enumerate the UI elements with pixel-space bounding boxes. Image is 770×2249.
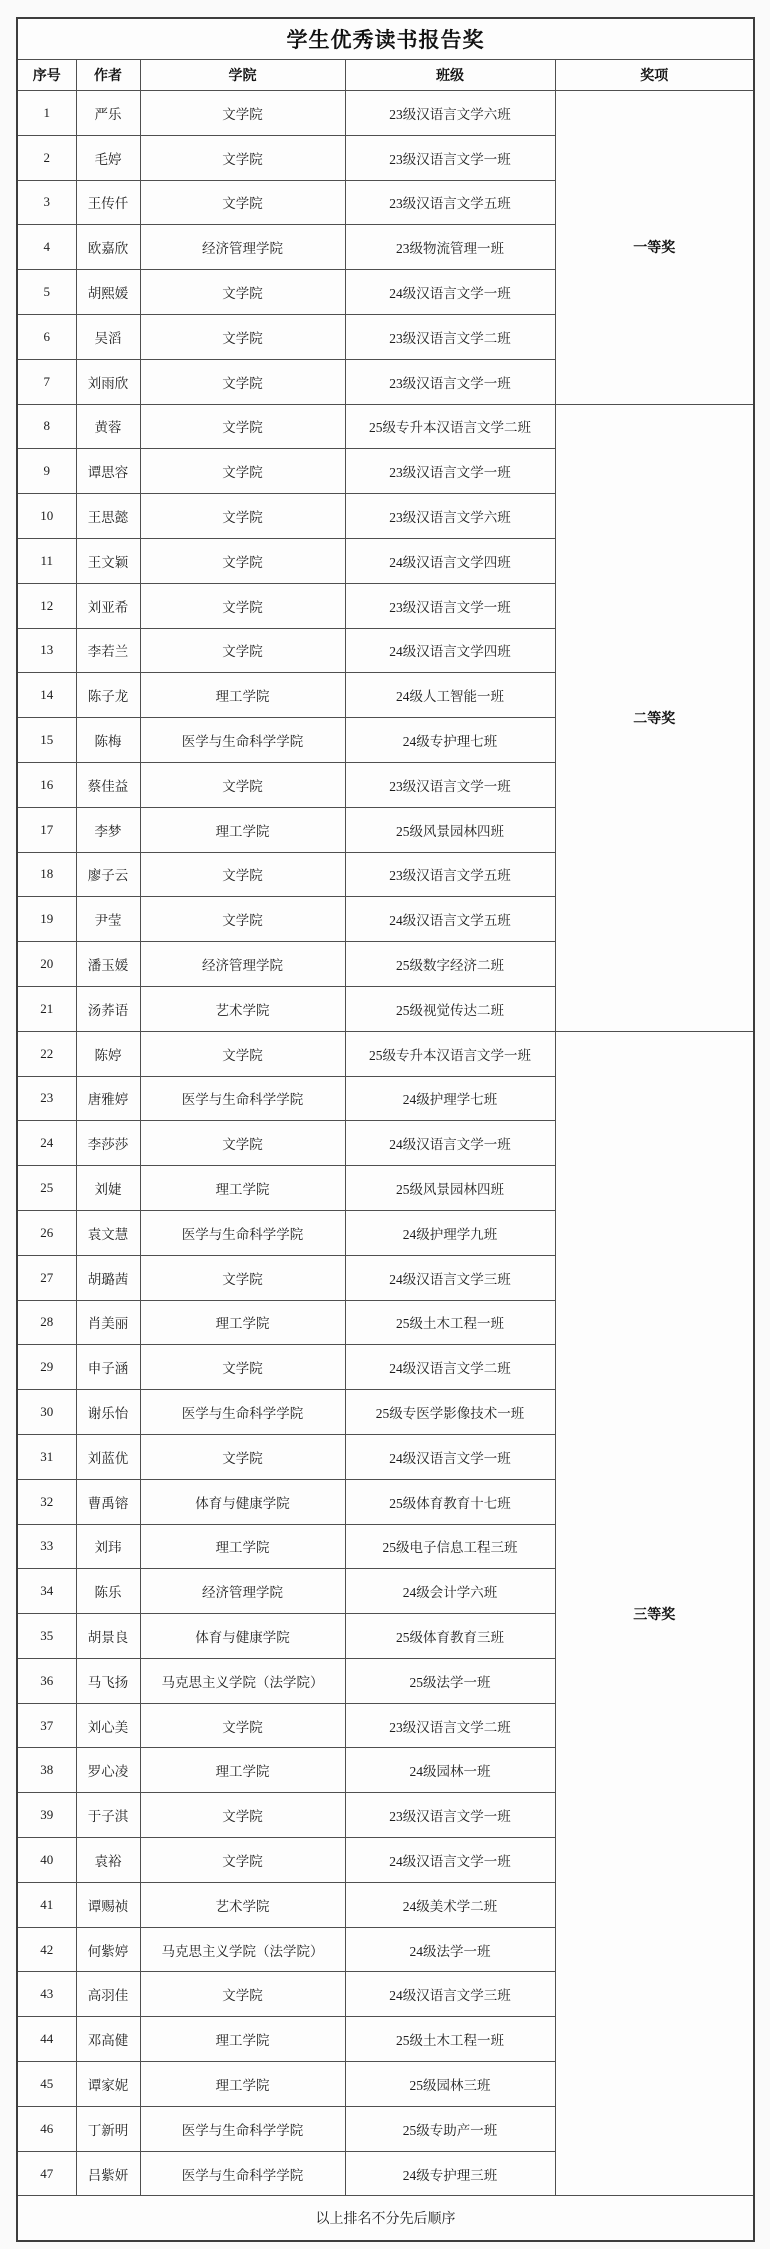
college-cell: 理工学院 xyxy=(140,1524,345,1569)
college-cell: 经济管理学院 xyxy=(140,225,345,270)
class-cell: 25级风景园林四班 xyxy=(345,807,555,852)
class-cell: 24级汉语言文学四班 xyxy=(345,538,555,583)
college-cell: 体育与健康学院 xyxy=(140,1479,345,1524)
column-header: 序号 xyxy=(17,60,76,91)
author-cell: 胡熙媛 xyxy=(76,270,140,315)
college-cell: 理工学院 xyxy=(140,1166,345,1211)
author-cell: 刘婕 xyxy=(76,1166,140,1211)
table-row: 8黄蓉文学院25级专升本汉语言文学二班二等奖 xyxy=(17,404,754,449)
author-cell: 吴滔 xyxy=(76,314,140,359)
class-cell: 24级护理学七班 xyxy=(345,1076,555,1121)
class-cell: 25级电子信息工程三班 xyxy=(345,1524,555,1569)
row-number-cell: 1 xyxy=(17,91,76,136)
author-cell: 王思懿 xyxy=(76,494,140,539)
college-cell: 马克思主义学院（法学院） xyxy=(140,1927,345,1972)
row-number-cell: 13 xyxy=(17,628,76,673)
author-cell: 尹莹 xyxy=(76,897,140,942)
class-cell: 23级汉语言文学五班 xyxy=(345,180,555,225)
college-cell: 理工学院 xyxy=(140,1748,345,1793)
row-number-cell: 33 xyxy=(17,1524,76,1569)
author-cell: 李梦 xyxy=(76,807,140,852)
author-cell: 刘玮 xyxy=(76,1524,140,1569)
class-cell: 24级汉语言文学二班 xyxy=(345,1345,555,1390)
college-cell: 文学院 xyxy=(140,1972,345,2017)
college-cell: 文学院 xyxy=(140,1255,345,1300)
class-cell: 25级土木工程一班 xyxy=(345,2017,555,2062)
college-cell: 文学院 xyxy=(140,852,345,897)
class-cell: 25级体育教育十七班 xyxy=(345,1479,555,1524)
class-cell: 23级汉语言文学一班 xyxy=(345,449,555,494)
class-cell: 24级会计学六班 xyxy=(345,1569,555,1614)
college-cell: 理工学院 xyxy=(140,2017,345,2062)
row-number-cell: 32 xyxy=(17,1479,76,1524)
row-number-cell: 42 xyxy=(17,1927,76,1972)
college-cell: 文学院 xyxy=(140,1703,345,1748)
row-number-cell: 30 xyxy=(17,1390,76,1435)
class-cell: 23级汉语言文学六班 xyxy=(345,91,555,136)
row-number-cell: 11 xyxy=(17,538,76,583)
class-cell: 24级汉语言文学三班 xyxy=(345,1255,555,1300)
college-cell: 艺术学院 xyxy=(140,986,345,1031)
row-number-cell: 44 xyxy=(17,2017,76,2062)
author-cell: 李若兰 xyxy=(76,628,140,673)
college-cell: 文学院 xyxy=(140,180,345,225)
row-number-cell: 4 xyxy=(17,225,76,270)
class-cell: 24级美术学二班 xyxy=(345,1882,555,1927)
class-cell: 24级汉语言文学一班 xyxy=(345,270,555,315)
row-number-cell: 25 xyxy=(17,1166,76,1211)
author-cell: 刘蓝优 xyxy=(76,1434,140,1479)
author-cell: 廖子云 xyxy=(76,852,140,897)
class-cell: 24级汉语言文学三班 xyxy=(345,1972,555,2017)
class-cell: 25级土木工程一班 xyxy=(345,1300,555,1345)
row-number-cell: 3 xyxy=(17,180,76,225)
class-cell: 25级专升本汉语言文学二班 xyxy=(345,404,555,449)
class-cell: 25级法学一班 xyxy=(345,1658,555,1703)
class-cell: 25级风景园林四班 xyxy=(345,1166,555,1211)
class-cell: 25级数字经济二班 xyxy=(345,942,555,987)
college-cell: 文学院 xyxy=(140,1121,345,1166)
row-number-cell: 38 xyxy=(17,1748,76,1793)
author-cell: 陈子龙 xyxy=(76,673,140,718)
college-cell: 艺术学院 xyxy=(140,1882,345,1927)
college-cell: 文学院 xyxy=(140,628,345,673)
college-cell: 文学院 xyxy=(140,538,345,583)
row-number-cell: 43 xyxy=(17,1972,76,2017)
college-cell: 文学院 xyxy=(140,135,345,180)
row-number-cell: 47 xyxy=(17,2151,76,2196)
class-cell: 23级汉语言文学二班 xyxy=(345,314,555,359)
author-cell: 丁新明 xyxy=(76,2106,140,2151)
class-cell: 25级专助产一班 xyxy=(345,2106,555,2151)
row-number-cell: 12 xyxy=(17,583,76,628)
row-number-cell: 2 xyxy=(17,135,76,180)
class-cell: 23级汉语言文学一班 xyxy=(345,135,555,180)
row-number-cell: 7 xyxy=(17,359,76,404)
row-number-cell: 23 xyxy=(17,1076,76,1121)
author-cell: 于子淇 xyxy=(76,1793,140,1838)
author-cell: 陈梅 xyxy=(76,718,140,763)
college-cell: 文学院 xyxy=(140,494,345,539)
author-cell: 刘心美 xyxy=(76,1703,140,1748)
college-cell: 文学院 xyxy=(140,1838,345,1883)
class-cell: 23级汉语言文学一班 xyxy=(345,359,555,404)
award-cell: 三等奖 xyxy=(555,1031,754,2196)
college-cell: 医学与生命科学学院 xyxy=(140,1390,345,1435)
row-number-cell: 28 xyxy=(17,1300,76,1345)
college-cell: 文学院 xyxy=(140,404,345,449)
row-number-cell: 9 xyxy=(17,449,76,494)
college-cell: 理工学院 xyxy=(140,673,345,718)
college-cell: 文学院 xyxy=(140,91,345,136)
column-header: 奖项 xyxy=(555,60,754,91)
column-header: 学院 xyxy=(140,60,345,91)
college-cell: 文学院 xyxy=(140,1345,345,1390)
author-cell: 袁文慧 xyxy=(76,1210,140,1255)
college-cell: 文学院 xyxy=(140,449,345,494)
award-cell: 一等奖 xyxy=(555,91,754,405)
college-cell: 文学院 xyxy=(140,583,345,628)
college-cell: 文学院 xyxy=(140,270,345,315)
author-cell: 陈乐 xyxy=(76,1569,140,1614)
college-cell: 文学院 xyxy=(140,897,345,942)
college-cell: 医学与生命科学学院 xyxy=(140,2106,345,2151)
class-cell: 23级汉语言文学二班 xyxy=(345,1703,555,1748)
author-cell: 蔡佳益 xyxy=(76,762,140,807)
college-cell: 文学院 xyxy=(140,1434,345,1479)
college-cell: 经济管理学院 xyxy=(140,1569,345,1614)
row-number-cell: 31 xyxy=(17,1434,76,1479)
class-cell: 24级护理学九班 xyxy=(345,1210,555,1255)
column-header: 班级 xyxy=(345,60,555,91)
college-cell: 医学与生命科学学院 xyxy=(140,718,345,763)
college-cell: 体育与健康学院 xyxy=(140,1614,345,1659)
row-number-cell: 26 xyxy=(17,1210,76,1255)
class-cell: 23级汉语言文学一班 xyxy=(345,583,555,628)
class-cell: 24级汉语言文学四班 xyxy=(345,628,555,673)
college-cell: 文学院 xyxy=(140,359,345,404)
college-cell: 文学院 xyxy=(140,762,345,807)
row-number-cell: 34 xyxy=(17,1569,76,1614)
class-cell: 23级汉语言文学一班 xyxy=(345,762,555,807)
row-number-cell: 18 xyxy=(17,852,76,897)
class-cell: 24级汉语言文学一班 xyxy=(345,1838,555,1883)
college-cell: 经济管理学院 xyxy=(140,942,345,987)
class-cell: 24级法学一班 xyxy=(345,1927,555,1972)
row-number-cell: 21 xyxy=(17,986,76,1031)
row-number-cell: 45 xyxy=(17,2062,76,2107)
class-cell: 24级专护理三班 xyxy=(345,2151,555,2196)
author-cell: 曹禹镕 xyxy=(76,1479,140,1524)
author-cell: 谭思容 xyxy=(76,449,140,494)
row-number-cell: 10 xyxy=(17,494,76,539)
class-cell: 23级汉语言文学六班 xyxy=(345,494,555,539)
class-cell: 23级汉语言文学五班 xyxy=(345,852,555,897)
author-cell: 谭赐祯 xyxy=(76,1882,140,1927)
author-cell: 刘雨欣 xyxy=(76,359,140,404)
page-title: 学生优秀读书报告奖 xyxy=(17,18,754,60)
author-cell: 黄蓉 xyxy=(76,404,140,449)
college-cell: 医学与生命科学学院 xyxy=(140,1076,345,1121)
college-cell: 文学院 xyxy=(140,1031,345,1076)
table-footer-note: 以上排名不分先后顺序 xyxy=(17,2196,754,2242)
class-cell: 25级体育教育三班 xyxy=(345,1614,555,1659)
row-number-cell: 5 xyxy=(17,270,76,315)
class-cell: 23级物流管理一班 xyxy=(345,225,555,270)
page: 学生优秀读书报告奖 序号作者学院班级奖项 1严乐文学院23级汉语言文学六班一等奖… xyxy=(0,0,770,2249)
class-cell: 25级园林三班 xyxy=(345,2062,555,2107)
row-number-cell: 16 xyxy=(17,762,76,807)
author-cell: 欧嘉欣 xyxy=(76,225,140,270)
row-number-cell: 27 xyxy=(17,1255,76,1300)
row-number-cell: 6 xyxy=(17,314,76,359)
author-cell: 毛婷 xyxy=(76,135,140,180)
college-cell: 马克思主义学院（法学院） xyxy=(140,1658,345,1703)
award-table: 学生优秀读书报告奖 序号作者学院班级奖项 1严乐文学院23级汉语言文学六班一等奖… xyxy=(16,17,755,2242)
row-number-cell: 37 xyxy=(17,1703,76,1748)
class-cell: 24级专护理七班 xyxy=(345,718,555,763)
row-number-cell: 36 xyxy=(17,1658,76,1703)
author-cell: 吕紫妍 xyxy=(76,2151,140,2196)
author-cell: 马飞扬 xyxy=(76,1658,140,1703)
author-cell: 刘亚希 xyxy=(76,583,140,628)
author-cell: 潘玉媛 xyxy=(76,942,140,987)
column-header: 作者 xyxy=(76,60,140,91)
author-cell: 王传仟 xyxy=(76,180,140,225)
college-cell: 文学院 xyxy=(140,1793,345,1838)
row-number-cell: 41 xyxy=(17,1882,76,1927)
row-number-cell: 29 xyxy=(17,1345,76,1390)
award-cell: 二等奖 xyxy=(555,404,754,1031)
author-cell: 申子涵 xyxy=(76,1345,140,1390)
author-cell: 汤荞语 xyxy=(76,986,140,1031)
college-cell: 文学院 xyxy=(140,314,345,359)
header-row: 序号作者学院班级奖项 xyxy=(17,60,754,91)
row-number-cell: 24 xyxy=(17,1121,76,1166)
author-cell: 陈婷 xyxy=(76,1031,140,1076)
author-cell: 袁裕 xyxy=(76,1838,140,1883)
class-cell: 25级视觉传达二班 xyxy=(345,986,555,1031)
row-number-cell: 39 xyxy=(17,1793,76,1838)
college-cell: 医学与生命科学学院 xyxy=(140,1210,345,1255)
author-cell: 唐雅婷 xyxy=(76,1076,140,1121)
row-number-cell: 35 xyxy=(17,1614,76,1659)
author-cell: 严乐 xyxy=(76,91,140,136)
title-row: 学生优秀读书报告奖 xyxy=(17,18,754,60)
row-number-cell: 46 xyxy=(17,2106,76,2151)
class-cell: 24级园林一班 xyxy=(345,1748,555,1793)
author-cell: 谭家妮 xyxy=(76,2062,140,2107)
row-number-cell: 14 xyxy=(17,673,76,718)
table-row: 1严乐文学院23级汉语言文学六班一等奖 xyxy=(17,91,754,136)
college-cell: 医学与生命科学学院 xyxy=(140,2151,345,2196)
author-cell: 李莎莎 xyxy=(76,1121,140,1166)
author-cell: 肖美丽 xyxy=(76,1300,140,1345)
row-number-cell: 17 xyxy=(17,807,76,852)
row-number-cell: 22 xyxy=(17,1031,76,1076)
class-cell: 24级汉语言文学一班 xyxy=(345,1121,555,1166)
author-cell: 胡璐茜 xyxy=(76,1255,140,1300)
college-cell: 理工学院 xyxy=(140,2062,345,2107)
row-number-cell: 40 xyxy=(17,1838,76,1883)
author-cell: 胡景良 xyxy=(76,1614,140,1659)
class-cell: 25级专升本汉语言文学一班 xyxy=(345,1031,555,1076)
class-cell: 24级汉语言文学五班 xyxy=(345,897,555,942)
class-cell: 24级汉语言文学一班 xyxy=(345,1434,555,1479)
author-cell: 王文颖 xyxy=(76,538,140,583)
class-cell: 23级汉语言文学一班 xyxy=(345,1793,555,1838)
class-cell: 25级专医学影像技术一班 xyxy=(345,1390,555,1435)
author-cell: 何紫婷 xyxy=(76,1927,140,1972)
row-number-cell: 19 xyxy=(17,897,76,942)
author-cell: 罗心凌 xyxy=(76,1748,140,1793)
author-cell: 邓高健 xyxy=(76,2017,140,2062)
author-cell: 高羽佳 xyxy=(76,1972,140,2017)
class-cell: 24级人工智能一班 xyxy=(345,673,555,718)
college-cell: 理工学院 xyxy=(140,807,345,852)
author-cell: 谢乐怡 xyxy=(76,1390,140,1435)
row-number-cell: 8 xyxy=(17,404,76,449)
row-number-cell: 20 xyxy=(17,942,76,987)
footer-row: 以上排名不分先后顺序 xyxy=(17,2196,754,2242)
college-cell: 理工学院 xyxy=(140,1300,345,1345)
row-number-cell: 15 xyxy=(17,718,76,763)
table-row: 22陈婷文学院25级专升本汉语言文学一班三等奖 xyxy=(17,1031,754,1076)
